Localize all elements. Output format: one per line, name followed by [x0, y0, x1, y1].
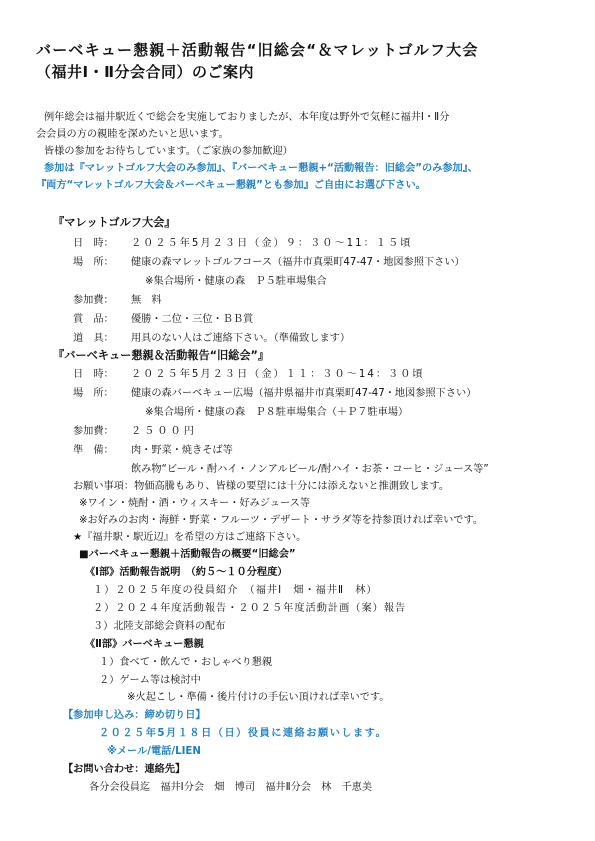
station-pickup-note: ★『福井駅・駅近辺』を希望の方はご連絡下さい。	[73, 531, 306, 545]
intro-paragraph-line1: 例年総会は福井駅近くで総会を実施しておりましたが、本年度は野外で気軽に福井Ⅰ・Ⅱ…	[44, 111, 449, 125]
bbq-place-value: 健康の森バーベキュー広場（福井県福井市真栗町47-47・地図参照下さい）	[131, 387, 476, 401]
golf-place-label: 場 所：	[73, 256, 114, 270]
participation-options-line1: 参加は『マレットゴルフ大会のみ参加』、『バーベキュー懇親+“活動報告：旧総会”の…	[44, 162, 478, 176]
document-title-line1: バーベキュー懇親＋活動報告“旧総会“＆マレットゴルフ大会	[36, 40, 479, 60]
participation-options-line2: 『両方“マレットゴルフ大会＆バーベキュー懇親”とも参加』ご自由にお選び下さい。	[36, 179, 426, 193]
application-methods: ※メール/電話/LIEN	[107, 745, 201, 759]
part2-item-1: １）食べて・飲んで・おしゃべり懇親	[99, 656, 272, 670]
bbq-place-label: 場 所：	[73, 387, 114, 401]
bbq-section-heading: 『バーベキュー懇親＆活動報告“旧総会”』	[53, 349, 269, 363]
part2-help-note: ※火起こし・準備・後片付けの手伝い頂ければ幸いです。	[127, 691, 389, 705]
bbq-prep-label: 準 備：	[73, 444, 114, 458]
part1-item-1: １）２０２５年度の役員紹介 （福井Ⅰ 畑・福井Ⅱ 林）	[93, 584, 378, 598]
intro-paragraph-line2: 会会員の方の親睦を深めたいと思います。	[36, 128, 229, 142]
application-deadline: ２０２５年5月１８日（日）役員に連絡お願いします。	[99, 727, 387, 741]
golf-equipment-value: 用具のない人はご連絡下さい。（準備致します）	[131, 332, 350, 346]
contact-heading: 【お問い合わせ：連絡先】	[63, 763, 185, 777]
application-heading: 【参加申し込み：締め切り日】	[63, 709, 206, 723]
bbq-date-label: 日 時：	[73, 368, 114, 382]
golf-prize-value: 優勝・二位・三位・ＢＢ賞	[131, 313, 253, 327]
part1-item-2: ２）２０２４年度活動報告・２０２５年度活動計画（案）報告	[93, 602, 406, 616]
part1-item-3: ３）北陸支部総会資料の配布	[93, 620, 225, 634]
part2-item-2: ２）ゲーム等は検討中	[99, 674, 201, 688]
part2-heading: 《Ⅱ部》バーベキュー懇親	[85, 638, 204, 652]
bbq-date-value: ２０２５年5月２３日（金）１１：３０～14：３０頃	[131, 368, 425, 382]
golf-equipment-label: 道 具：	[73, 332, 114, 346]
bbq-bring-drinks-note: ※ワイン・焼酎・酒・ウィスキー・好みジュース等	[79, 497, 310, 511]
bbq-bring-food-note: ※お好みのお肉・海鮮・野菜・フルーツ・デザート・サラダ等を持参頂ければ幸いです。	[79, 514, 483, 528]
contact-persons: 各分会役員迄 福井Ⅰ分会 畑 博司 福井Ⅱ分会 林 千恵美	[89, 781, 372, 795]
bbq-meeting-point: ※集合場所・健康の森 Ｐ８駐車場集合（＋Ｐ７駐車場）	[145, 406, 408, 420]
overview-heading: ■バーベキュー懇親＋活動報告の概要“旧総会”	[79, 548, 296, 562]
golf-section-heading: 『マレットゴルフ大会』	[53, 216, 176, 230]
golf-meeting-point: ※集合場所・健康の森 Ｐ５駐車場集合	[145, 275, 327, 289]
part1-heading: 《Ⅰ部》活動報告説明 （約５～１０分程度）	[85, 566, 287, 580]
golf-fee-value: 無 料	[131, 294, 162, 308]
golf-date-value: ２０２５年5月２３日（金）９：３０～11：１５頃	[131, 237, 412, 251]
bbq-prep-value: 肉・野菜・焼きそば等	[131, 444, 233, 458]
bbq-fee-value: ２５００円	[131, 425, 197, 439]
golf-fee-label: 参加費：	[73, 294, 114, 308]
golf-prize-label: 賞 品：	[73, 313, 114, 327]
bbq-drinks: 飲み物“ビール・酎ハイ・ノンアルビール/酎ハイ・お茶・コーヒ・ジュース等”	[131, 463, 489, 477]
intro-welcome-text: 皆様の参加をお待ちしています。（ご家族の参加歓迎）	[44, 145, 293, 159]
bbq-request-note: お願い事項：物価高騰もあり、皆様の要望には十分には添えないと推測致します。	[73, 480, 449, 494]
golf-place-value: 健康の森マレットゴルフコース（福井市真栗町47-47・地図参照下さい）	[131, 256, 465, 270]
golf-date-label: 日 時：	[73, 237, 114, 251]
document-title-line2: （福井Ⅰ・Ⅱ分会合同）のご案内	[36, 62, 254, 82]
bbq-fee-label: 参加費：	[73, 425, 114, 439]
